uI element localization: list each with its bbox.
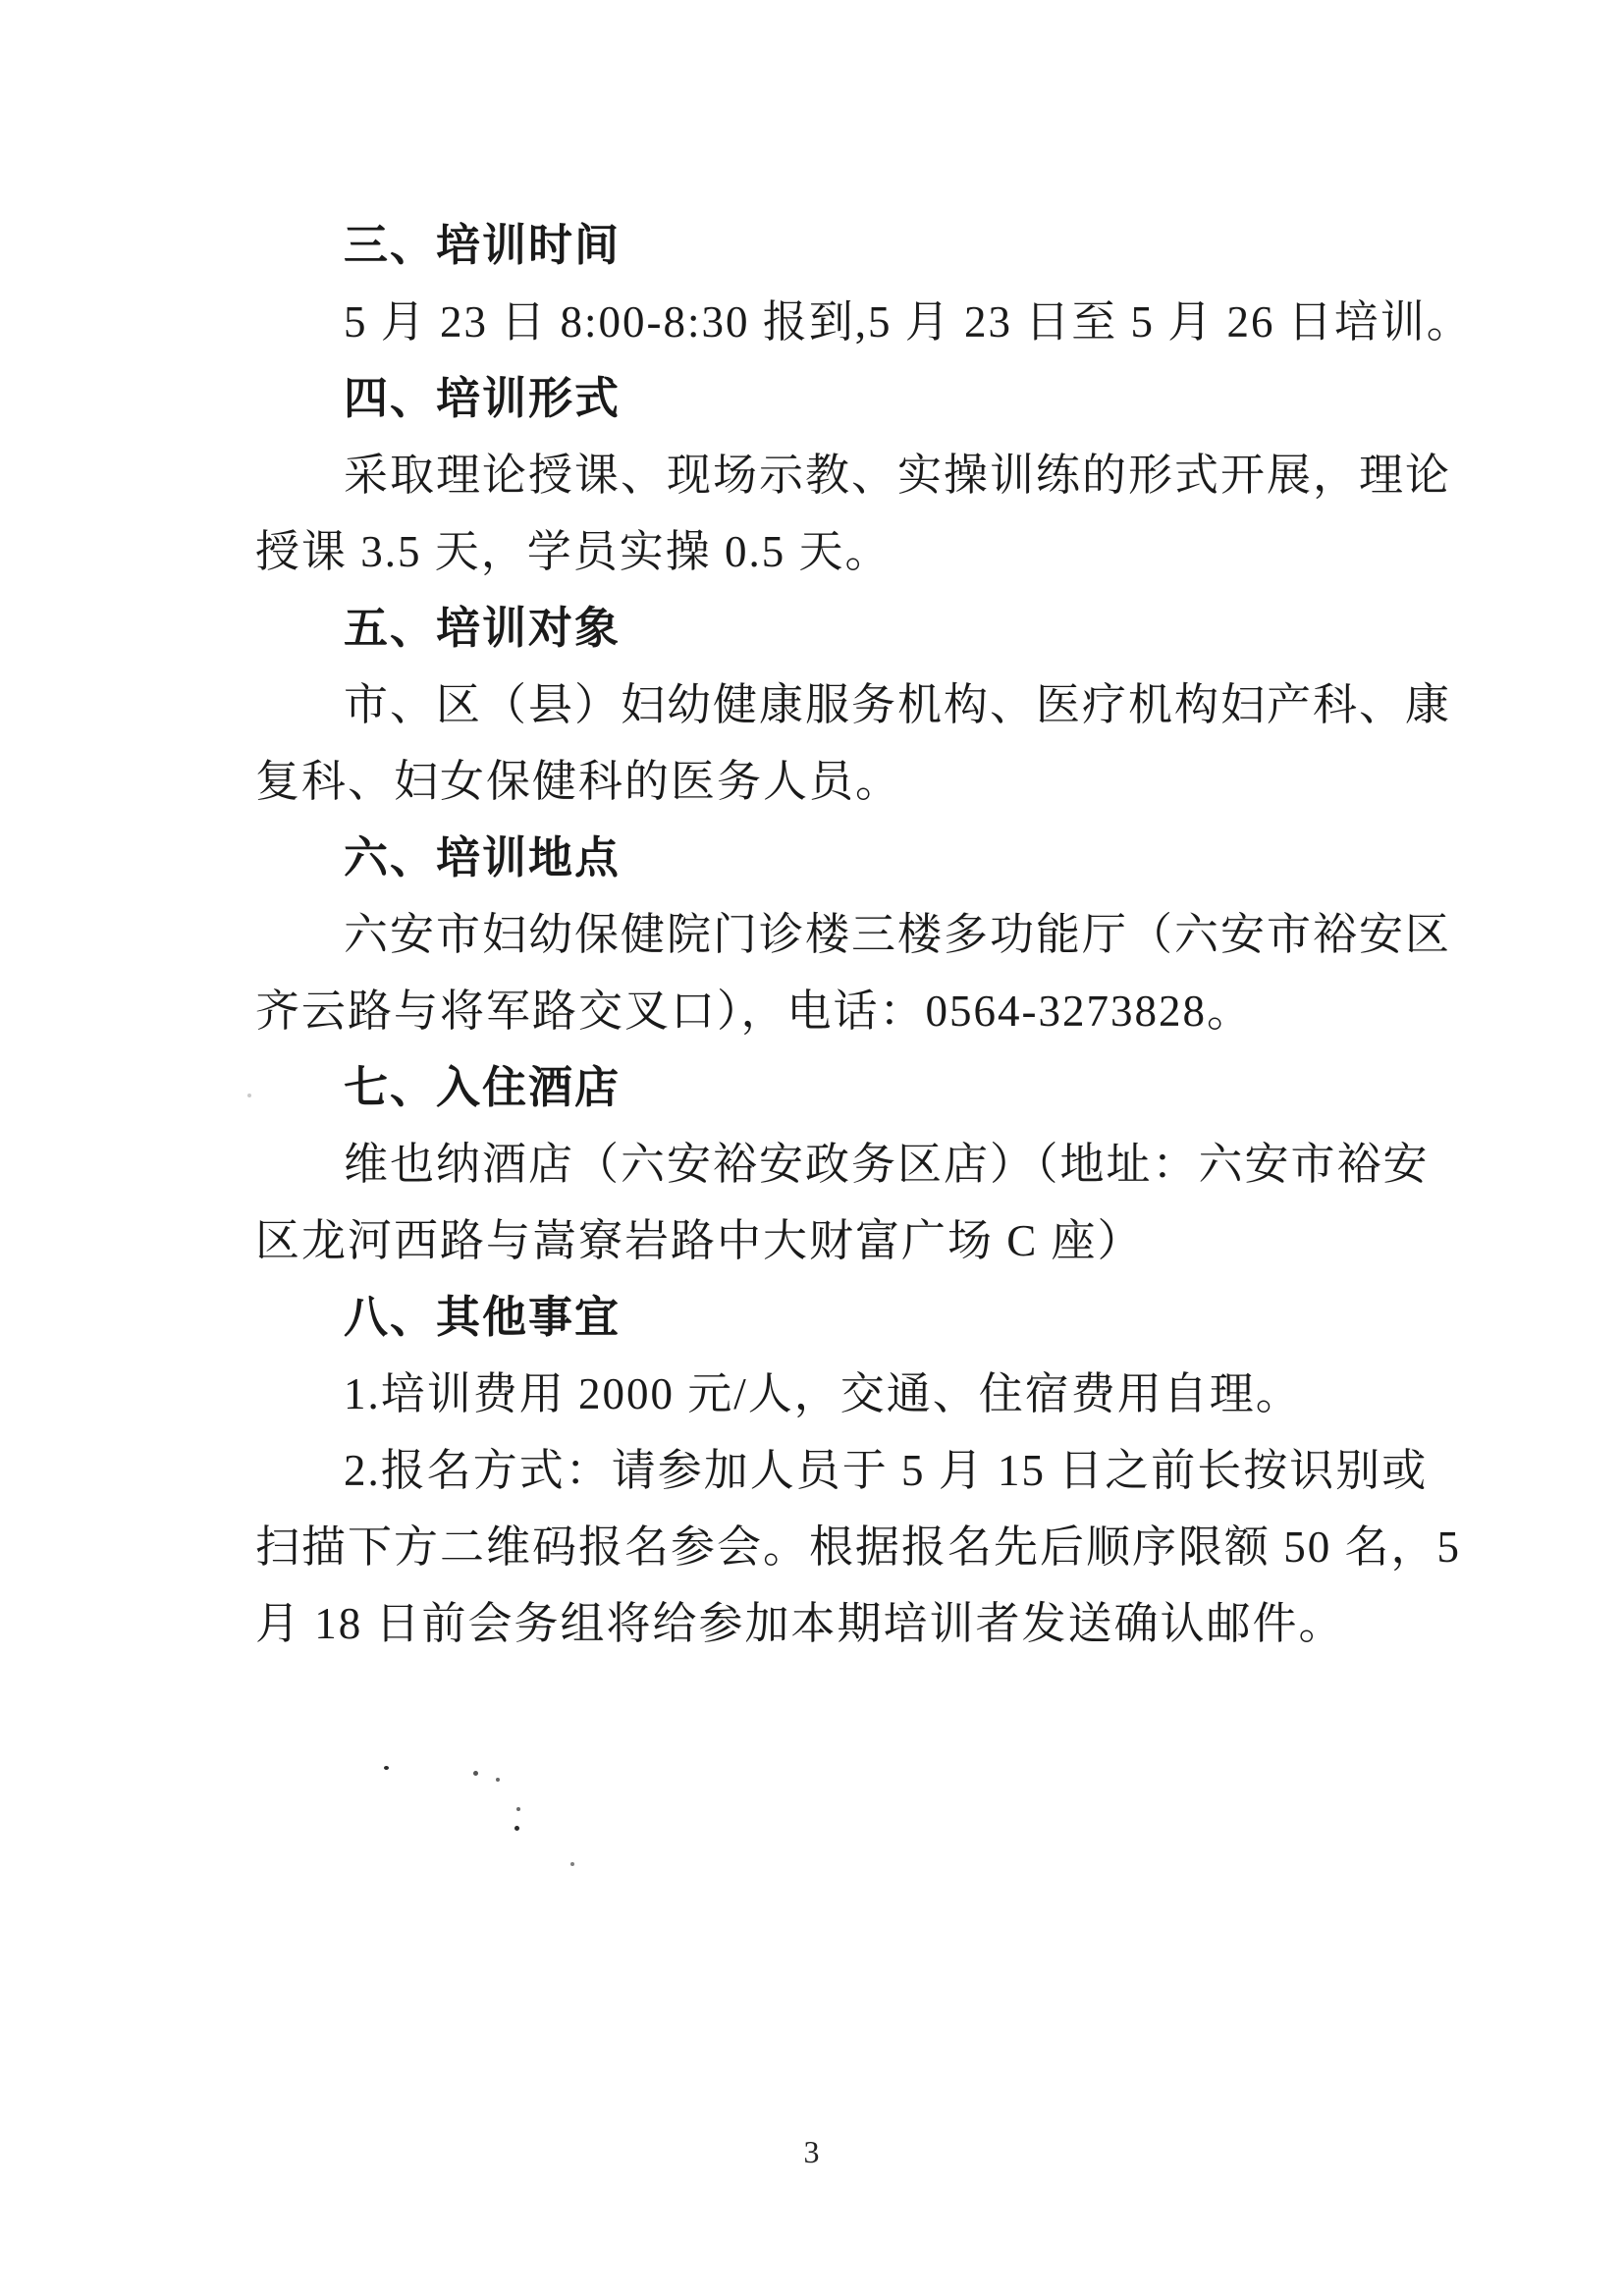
paragraph-line: 六安市妇幼保健院门诊楼三楼多功能厅（六安市裕安区	[255, 896, 1394, 973]
paragraph-line: 扫描下方二维码报名参会。根据报名先后顺序限额 50 名，5	[255, 1509, 1394, 1585]
paragraph-line: 1.培训费用 2000 元/人，交通、住宿费用自理。	[255, 1356, 1394, 1432]
document-page: 三、培训时间 5 月 23 日 8:00-8:30 报到,5 月 23 日至 5…	[0, 0, 1623, 2296]
section-heading-training-time: 三、培训时间	[255, 207, 1394, 284]
section-heading-hotel: 七、入住酒店	[255, 1049, 1394, 1126]
paragraph-line: 齐云路与将军路交叉口），电话：0564-3273828。	[255, 973, 1394, 1049]
paragraph-line: 采取理论授课、现场示教、实操训练的形式开展，理论	[255, 437, 1394, 513]
paragraph-line: 市、区（县）妇幼健康服务机构、医疗机构妇产科、康	[255, 667, 1394, 743]
document-text-block: 三、培训时间 5 月 23 日 8:00-8:30 报到,5 月 23 日至 5…	[255, 207, 1394, 1662]
paragraph-line: 授课 3.5 天，学员实操 0.5 天。	[255, 513, 1394, 590]
paragraph-line: 5 月 23 日 8:00-8:30 报到,5 月 23 日至 5 月 26 日…	[255, 284, 1394, 360]
paragraph-line: 维也纳酒店（六安裕安政务区店）（地址：六安市裕安	[255, 1126, 1394, 1202]
scan-speck	[516, 1807, 520, 1811]
scan-speck	[496, 1778, 500, 1782]
scan-speck	[247, 1094, 251, 1097]
section-heading-training-format: 四、培训形式	[255, 360, 1394, 437]
scan-speck	[570, 1862, 574, 1866]
scan-speck	[384, 1766, 389, 1770]
section-heading-training-venue: 六、培训地点	[255, 820, 1394, 896]
scan-speck	[473, 1771, 478, 1776]
paragraph-line: 2.报名方式：请参加人员于 5 月 15 日之前长按识别或	[255, 1432, 1394, 1509]
page-number: 3	[0, 2132, 1623, 2171]
paragraph-line: 月 18 日前会务组将给参加本期培训者发送确认邮件。	[255, 1585, 1394, 1662]
section-heading-training-audience: 五、培训对象	[255, 590, 1394, 667]
paragraph-line: 复科、妇女保健科的医务人员。	[255, 743, 1394, 820]
paragraph-line: 区龙河西路与嵩寮岩路中大财富广场 C 座）	[255, 1202, 1394, 1279]
section-heading-other-matters: 八、其他事宜	[255, 1279, 1394, 1356]
scan-speck	[514, 1826, 519, 1831]
